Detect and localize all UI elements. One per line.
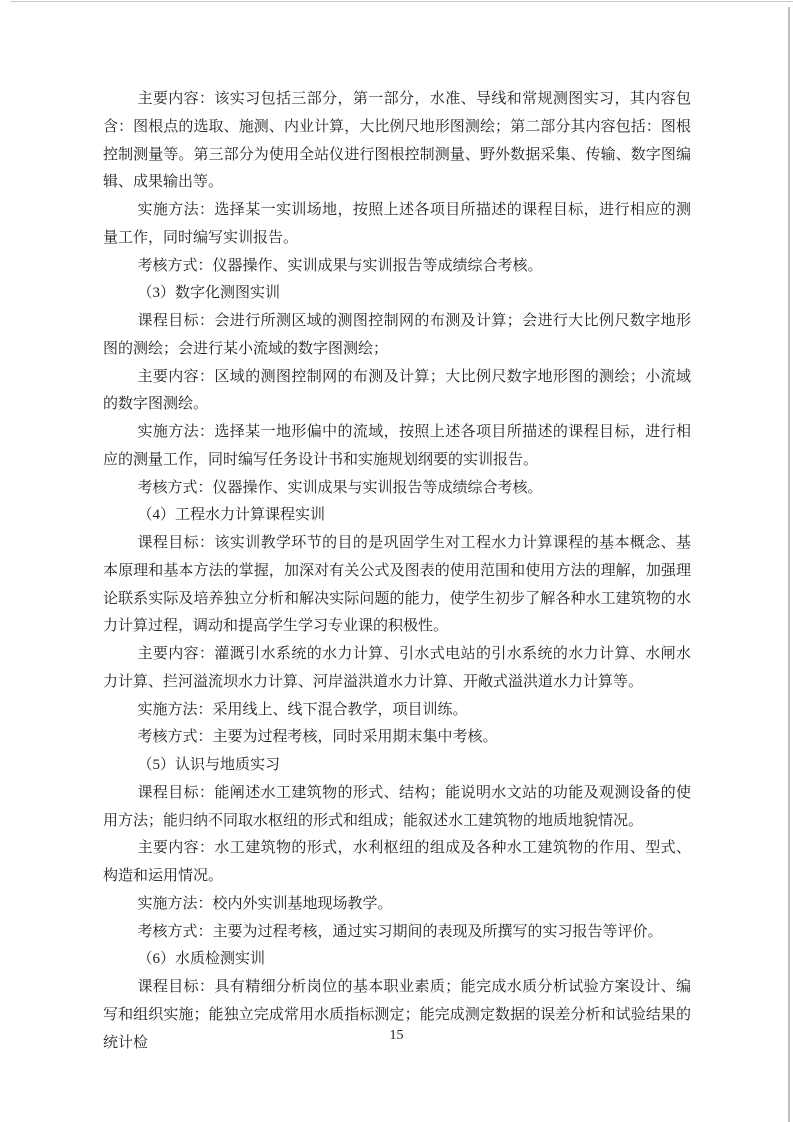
body-paragraph: 实施方法：采用线上、线下混合教学，项目训练。 — [103, 697, 691, 725]
scan-edge-right-line — [788, 7, 790, 1122]
body-paragraph: 实施方法：校内外实训基地现场教学。 — [103, 891, 691, 919]
body-paragraph: 主要内容：该实习包括三部分，第一部分，水准、导线和常规测图实习，其内容包含：图根… — [103, 86, 691, 197]
section-heading: （6）水质检测实训 — [103, 946, 691, 974]
section-heading: （4）工程水力计算课程实训 — [103, 502, 691, 530]
body-paragraph: 课程目标：该实训教学环节的目的是巩固学生对工程水力计算课程的基本概念、基本原理和… — [103, 530, 691, 641]
document-body: 主要内容：该实习包括三部分，第一部分，水准、导线和常规测图实习，其内容包含：图根… — [103, 86, 691, 1057]
page-number: 15 — [0, 1026, 793, 1046]
body-paragraph: 考核方式：仪器操作、实训成果与实训报告等成绩综合考核。 — [103, 475, 691, 503]
body-paragraph: 主要内容：灌溉引水系统的水力计算、引水式电站的引水系统的水力计算、水闸水力计算、… — [103, 641, 691, 697]
section-heading: （5）认识与地质实习 — [103, 752, 691, 780]
body-paragraph: 考核方式：主要为过程考核，通过实习期间的表现及所撰写的实习报告等评价。 — [103, 919, 691, 947]
scan-edge-top-line — [10, 1, 793, 2]
body-paragraph: 主要内容：区域的测图控制网的布测及计算；大比例尺数字地形图的测绘；小流域的数字图… — [103, 364, 691, 420]
body-paragraph: 主要内容：水工建筑物的形式，水利枢纽的组成及各种水工建筑物的作用、型式、构造和运… — [103, 835, 691, 891]
body-paragraph: 考核方式：主要为过程考核，同时采用期末集中考核。 — [103, 724, 691, 752]
body-paragraph: 实施方法：选择某一实训场地，按照上述各项目所描述的课程目标，进行相应的测量工作，… — [103, 197, 691, 253]
document-page: 主要内容：该实习包括三部分，第一部分，水准、导线和常规测图实习，其内容包含：图根… — [0, 0, 793, 1122]
body-paragraph: 考核方式：仪器操作、实训成果与实训报告等成绩综合考核。 — [103, 253, 691, 281]
body-paragraph: 课程目标：能阐述水工建筑物的形式、结构；能说明水文站的功能及观测设备的使用方法；… — [103, 780, 691, 836]
section-heading: （3）数字化测图实训 — [103, 280, 691, 308]
body-paragraph: 实施方法：选择某一地形偏中的流域，按照上述各项目所描述的课程目标，进行相应的测量… — [103, 419, 691, 475]
body-paragraph: 课程目标：会进行所测区域的测图控制网的布测及计算；会进行大比例尺数字地形图的测绘… — [103, 308, 691, 364]
